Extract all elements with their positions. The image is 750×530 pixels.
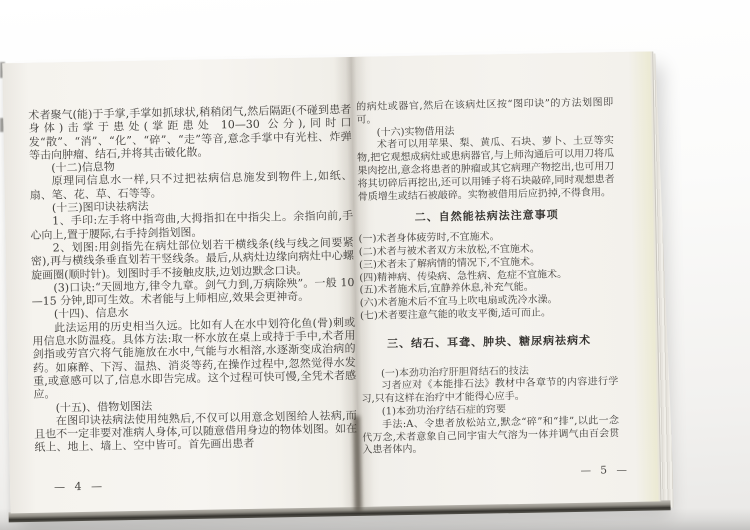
section-body-13-2: 2、划图:用剑指先在病灶部位划若干横线条(线与线之间要紧密),再与横线条垂直划若… bbox=[31, 236, 355, 282]
page-left: 术者聚气(能)于手掌,手掌如抓球状,稍稍闭气,然后隔距(不碰到患者身体)击掌于患… bbox=[2, 57, 358, 513]
page-right: 的病灶或器官,然后在该病灶区按“图印诀”的方法划图即可。 (十六)实物借用法 术… bbox=[350, 51, 661, 506]
book-spread: 术者聚气(能)于手掌,手掌如抓球状,稍稍闭气,然后隔距(不碰到患者身体)击掌于患… bbox=[2, 51, 660, 513]
chapter-heading-3: 三、结石、耳聋、肿块、糖尿病祛病术 bbox=[360, 334, 617, 352]
chapter-heading-2: 二、自然能祛病法注意事项 bbox=[358, 209, 615, 227]
section-body-16: 术者可以用苹果、梨、黄瓜、石块、萝卜、土豆等实物,把它观想成病灶或患病器官,与上… bbox=[357, 136, 615, 205]
section-body-14: 此法运用的历史相当久远。比如有人在水中划符化鱼(骨)刺或用信息水防温疫。具体方法… bbox=[32, 316, 356, 402]
section-body-15: 在图印诀祛病法使用纯熟后,不仅可以用意念划图给人祛病,而且也不一定非要对准病人身… bbox=[34, 409, 358, 455]
left-text-column: 术者聚气(能)于手掌,手掌如抓球状,稍稍闭气,然后隔距(不碰到患者身体)击掌于患… bbox=[28, 103, 357, 455]
paragraph-continuation: 术者聚气(能)于手掌,手掌如抓球状,稍稍闭气,然后隔距(不碰到患者身体)击掌于患… bbox=[28, 103, 352, 162]
page-number-left: — 4 — bbox=[54, 480, 105, 494]
right-text-column: 的病灶或器官,然后在该病灶区按“图印诀”的方法划图即可。 (十六)实物借用法 术… bbox=[356, 97, 619, 458]
page-number-right: — 5 — bbox=[580, 464, 630, 477]
scanned-book-photo: 术者聚气(能)于手掌,手掌如抓球状,稍稍闭气,然后隔距(不碰到患者身体)击掌于患… bbox=[0, 0, 750, 530]
sub-body-2: 手法:A、令患者放松站立,默念“碎”和“排”,以此一念代万念,术者意象自己同宇宙… bbox=[362, 415, 620, 458]
